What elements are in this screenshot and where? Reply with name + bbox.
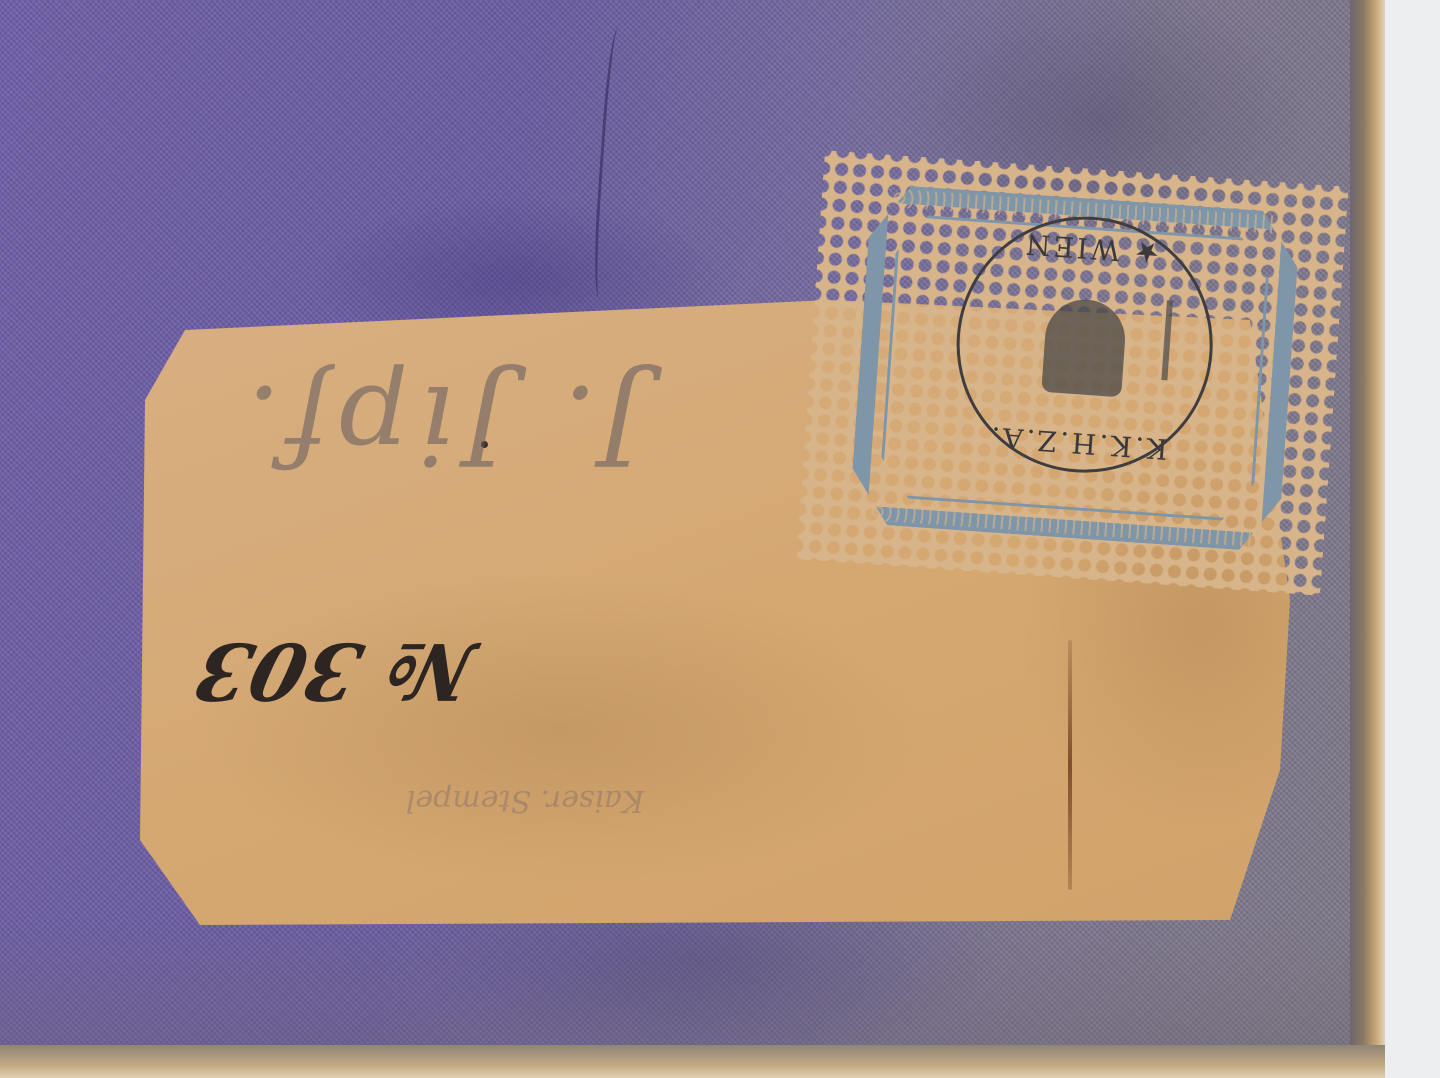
cross-icon [1111,297,1172,381]
cover-bottom-edge [0,1045,1385,1078]
printed-number: № 303 [160,610,510,730]
star-icon: ★ [1130,235,1160,270]
faint-handwriting: Kaiser. Stempel [300,770,750,830]
cancel-city: WIEN [1022,227,1121,267]
revenue-stamp: K.K.H.Z.A. ★ WIEN [827,162,1322,574]
stain-line [1068,640,1072,890]
cover-right-edge [1350,0,1385,1078]
circular-cancellation: K.K.H.Z.A. ★ WIEN [948,208,1221,481]
pencil-inscription: J. Jipf. [150,350,730,500]
